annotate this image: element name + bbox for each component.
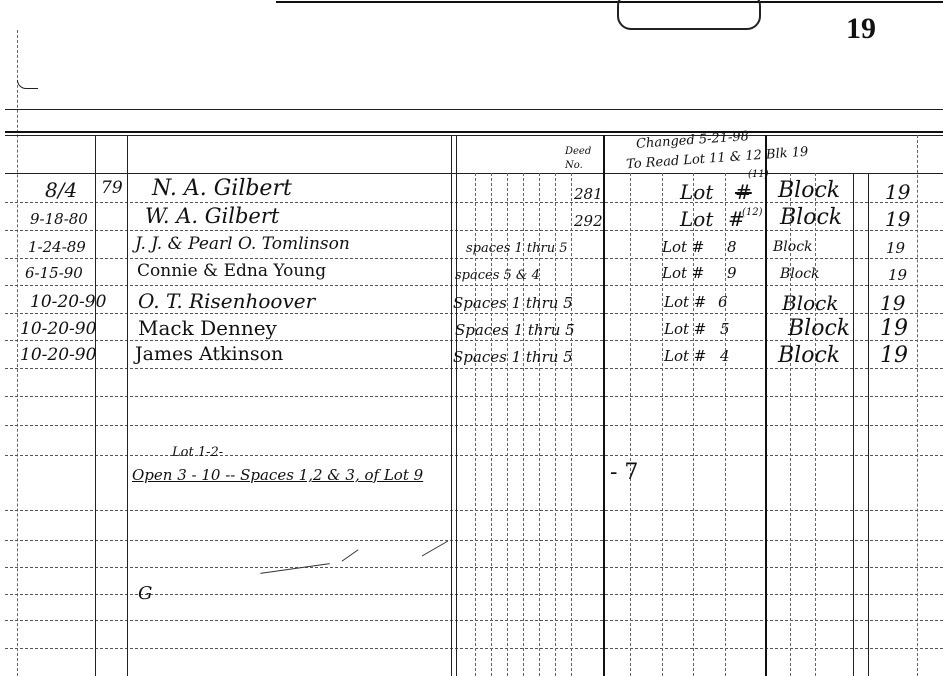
col-rule-date [95,135,96,676]
entry-5-date: 10-20-90 [30,294,106,311]
col-rule-block-num-2 [868,173,869,676]
row-rule [5,648,943,649]
header-rule-3 [5,135,943,136]
open-note-trailing: - 7 [610,462,638,484]
entry-3-block-label: Block [773,240,813,254]
entry-6-name: Mack Denney [138,318,277,338]
top-border [276,1,943,3]
entry-6-date: 10-20-90 [20,321,96,338]
row-rule [5,396,943,397]
faint-letter: G [138,585,152,603]
entry-4-lot: 9 [727,266,737,281]
entry-7-lot-label: Lot # [664,349,706,364]
change-annotation-line-1: Changed 5-21-98 [636,130,750,151]
entry-4-spaces: spaces 5 & 4 [455,269,540,282]
col-rule-name [451,135,452,676]
entry-7-lot: 4 [720,349,730,364]
entry-5-lot: 6 [718,295,728,310]
entry-5-block-label: Block [782,293,838,313]
row-rule [5,510,943,511]
entry-7-block: 19 [880,345,908,367]
entry-1-lot-label: Lot [680,182,713,202]
entry-4-lot-label: Lot # [662,266,704,281]
entry-7-block-label: Block [778,345,840,367]
entry-1-deed-no: 281 [574,187,603,202]
entry-4-block: 19 [888,268,907,283]
margin-tick-mark [17,80,38,89]
open-note: Open 3 - 10 -- Spaces 1,2 & 3, of Lot 9 [132,468,423,483]
entry-3-spaces: spaces 1 thru 5 [466,242,568,255]
entry-1-block-label: Block [778,180,840,202]
entry-5-block: 19 [880,293,905,313]
col-rule-name-2 [456,135,457,676]
entry-2-block: 19 [885,209,910,229]
entry-7-name: James Atkinson [135,345,283,364]
entry-1-year: 79 [101,180,123,197]
faint-mark [342,549,359,561]
col-rule-block [765,135,767,676]
col-rule-sub [571,173,572,676]
entry-2-date: 9-18-80 [30,212,88,227]
faint-mark [260,563,329,574]
row-rule [5,368,943,369]
col-rule-lot-sub [630,173,631,676]
entry-4-name: Connie & Edna Young [137,263,326,280]
entry-5-name: O. T. Risenhoover [138,291,315,311]
page-number: 19 [846,12,876,46]
col-rule-lot-sub [725,173,726,676]
col-rule-right [917,135,918,676]
header-rule-2 [5,131,943,133]
lot-note-superscript: Lot 1-2- [172,446,223,459]
entry-6-lot-label: Lot # [664,322,706,337]
row-rule [5,620,943,621]
entry-6-block: 19 [880,318,908,340]
col-rule-block-num [853,173,854,676]
entry-3-lot: 8 [727,240,737,255]
entry-2-block-label: Block [780,207,842,229]
annotation-mark-11: (11) [748,170,769,180]
entry-7-date: 10-20-90 [20,347,96,364]
header-rule-1 [5,109,943,110]
left-margin-rule [17,30,18,676]
row-rule [5,540,943,541]
header-bottom-rule [5,173,943,174]
entry-1-block: 19 [885,182,910,202]
entry-6-lot: 5 [720,322,730,337]
entry-2-deed-no: 292 [574,214,603,229]
row-rule [5,425,943,426]
entry-6-block-label: Block [788,318,850,340]
entry-6-spaces: Spaces 1 thru 5 [455,323,575,338]
entry-3-name: J. J. & Pearl O. Tomlinson [135,236,350,253]
entry-5-spaces: Spaces 1 thru 5 [453,296,573,311]
entry-2-lot: # [728,209,745,229]
entry-7-spaces: Spaces 1 thru 5 [453,350,573,365]
row-rule [5,230,943,231]
faint-mark [422,541,448,557]
col-rule-block-sub [815,173,816,676]
row-rule [5,258,943,259]
entry-3-block: 19 [886,241,905,256]
entry-2-lot-label: Lot [680,209,713,229]
entry-1-lot: # [735,182,752,202]
row-rule [5,567,943,568]
entry-2-name: W. A. Gilbert [145,206,279,227]
paper-clip-icon [617,0,761,30]
entry-5-lot-label: Lot # [664,295,706,310]
row-rule [5,455,943,456]
deed-no-label: Deed No. [565,145,595,173]
col-rule-year [127,135,128,676]
entry-4-date: 6-15-90 [25,266,83,281]
row-rule [5,285,943,286]
col-rule-deed [603,135,605,676]
entry-1-date: 8/4 [45,180,77,200]
entry-3-lot-label: Lot # [662,240,704,255]
annotation-mark-12: (12) [742,208,763,218]
entry-3-date: 1-24-89 [28,240,86,255]
entry-1-name: N. A. Gilbert [152,178,292,200]
entry-4-block-label: Block [780,267,820,281]
